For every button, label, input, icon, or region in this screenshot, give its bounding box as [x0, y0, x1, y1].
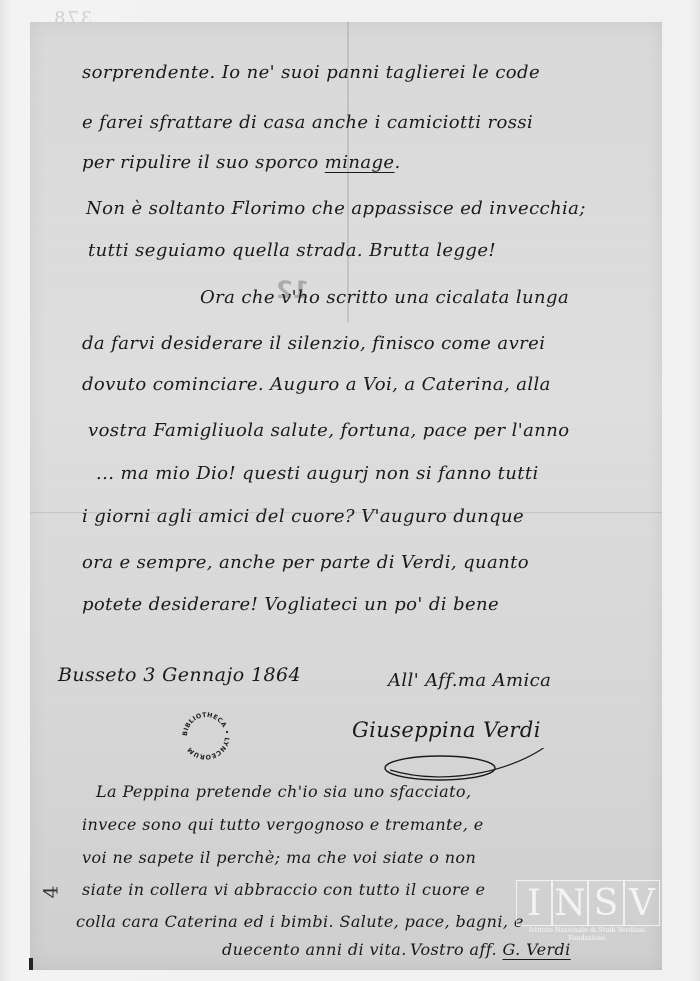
- postscript-line: invece sono qui tutto vergognoso e trema…: [82, 815, 484, 834]
- postscript-signoff-text: Vostro aff.: [410, 940, 497, 959]
- letter-line: potete desiderare! Vogliateci un po' di …: [82, 594, 499, 615]
- postscript-signature: G. Verdi: [503, 940, 571, 959]
- watermark-letter: N: [552, 880, 588, 926]
- letter-line: tutti seguiamo quella strada. Brutta leg…: [88, 240, 496, 261]
- signature: Giuseppina Verdi: [352, 718, 541, 742]
- watermark-letter: I: [516, 880, 552, 926]
- postscript-line: duecento anni di vita.: [222, 940, 407, 959]
- svg-text:BIBLIOTHECA • LYNCEORUM: BIBLIOTHECA • LYNCEORUM: [181, 711, 231, 761]
- letter-line: dovuto cominciare. Auguro a Voi, a Cater…: [82, 374, 551, 395]
- margin-mark: 4: [38, 886, 62, 899]
- letter-line: Non è soltanto Florimo che appassisce ed…: [86, 198, 586, 219]
- postscript-line: siate in collera vi abbraccio con tutto …: [82, 880, 485, 899]
- closing-salutation: All' Aff.ma Amica: [388, 670, 551, 691]
- letter-line: sorprendente. Io ne' suoi panni tagliere…: [82, 62, 540, 83]
- stamp-text: BIBLIOTHECA • LYNCEORUM: [181, 711, 231, 761]
- letter-line: i giorni agli amici del cuore? V'auguro …: [82, 506, 524, 527]
- letter-line: per ripulire il suo sporco minage.: [82, 152, 401, 173]
- letter-line-text: per ripulire il suo sporco minage.: [82, 152, 401, 173]
- postscript-line: La Peppina pretende ch'io sia uno sfacci…: [96, 782, 471, 801]
- postscript-line: colla cara Caterina ed i bimbi. Salute, …: [76, 912, 524, 931]
- watermark-letter: V: [624, 880, 660, 926]
- letter-line: Ora che v'ho scritto una cicalata lunga: [200, 287, 569, 308]
- letter-line: ora e sempre, anche per parte di Verdi, …: [82, 552, 529, 573]
- letter-line: e farei sfrattare di casa anche i camici…: [82, 112, 533, 133]
- postscript-line: voi ne sapete il perchè; ma che voi siat…: [82, 848, 476, 867]
- watermark-subtitle: Istituto Nazionale di Studi Verdiani Fon…: [514, 926, 660, 942]
- watermark-subtitle-line1: Istituto Nazionale di Studi Verdiani: [514, 926, 660, 934]
- letter-line: ... ma mio Dio! questi augurj non si fan…: [96, 463, 539, 484]
- postscript-signoff: Vostro aff. G. Verdi: [410, 940, 571, 959]
- letter-line: da farvi desiderare il silenzio, finisco…: [82, 333, 545, 354]
- letter-line: vostra Famigliuola salute, fortuna, pace…: [88, 420, 569, 441]
- watermark-subtitle-line2: Fondazione: [514, 934, 660, 942]
- dateline: Busseto 3 Gennajo 1864: [58, 664, 301, 686]
- archive-number: 378: [52, 8, 92, 29]
- insv-watermark: I N S V Istituto Nazionale di Studi Verd…: [514, 880, 658, 940]
- underlined-word: minage: [325, 152, 395, 173]
- watermark-letter: S: [588, 880, 624, 926]
- library-stamp: BIBLIOTHECA • LYNCEORUM: [180, 710, 232, 762]
- edge-mark: [29, 958, 33, 970]
